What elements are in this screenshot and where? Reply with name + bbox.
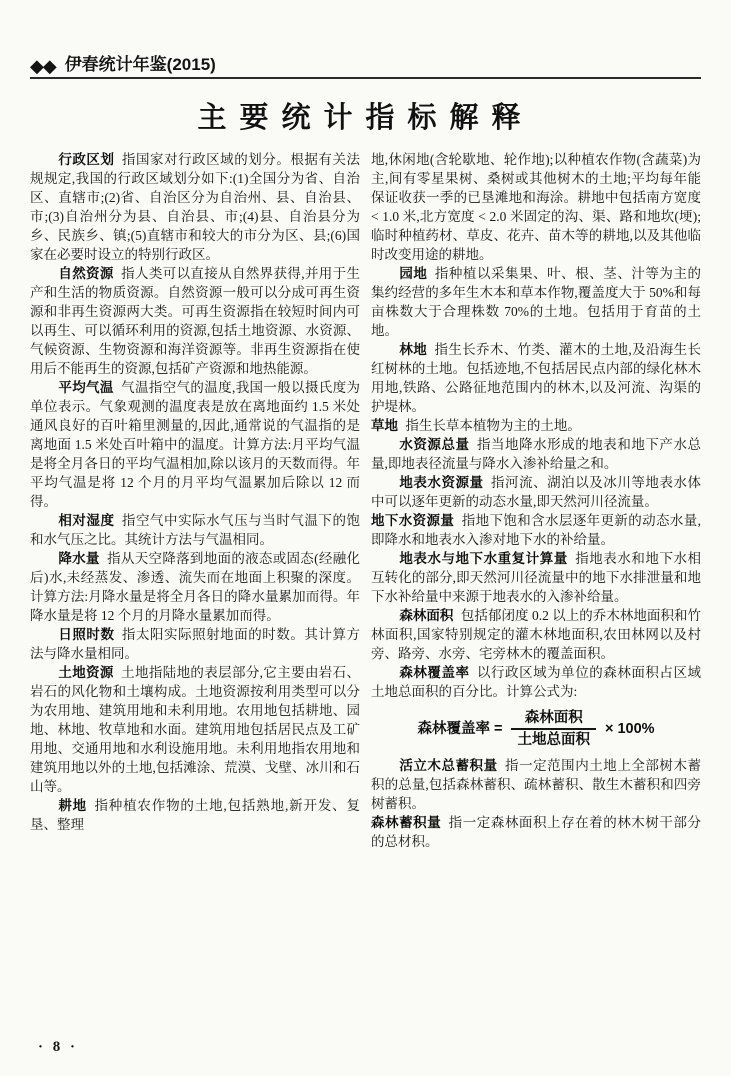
definition-paragraph: 降水量指从天空降落到地面的液态或固态(经融化后)水,未经蒸发、渗透、流失而在地面… [30,549,360,625]
page-header: ◆◆ 伊春统计年鉴(2015) [30,50,701,79]
term-label: 森林面积 [399,608,453,623]
definition-paragraph: 活立木总蓄积量指一定范围内土地上全部树木蓄积的总量,包括森林蓄积、疏林蓄积、散生… [371,756,701,813]
document-page: ◆◆ 伊春统计年鉴(2015) 主要统计指标解释 行政区划指国家对行政区域的划分… [0,0,731,851]
term-label: 林地 [399,342,427,357]
formula-lhs: 森林覆盖率 = [417,720,502,739]
term-label: 地表水资源量 [399,475,483,490]
term-label: 活立木总蓄积量 [399,758,497,773]
diamond-marker-icon: ◆◆ [30,57,56,75]
definition-paragraph: 耕地指种植农作物的土地,包括熟地,新开发、复垦、整理 [30,796,360,834]
definition-paragraph: 地,休闲地(含轮歇地、轮作地);以种植农作物(含蔬菜)为主,间有零星果树、桑树或… [371,150,701,264]
fraction-denominator: 土地总面积 [511,728,596,750]
definition-paragraph: 自然资源指人类可以直接从自然界获得,并用于生产和生活的物质资源。自然资源一般可以… [30,264,360,378]
yearbook-title: 伊春统计年鉴(2015) [65,50,216,75]
definition-paragraph: 地表水资源量指河流、湖泊以及冰川等地表水体中可以逐年更新的动态水量,即天然河川径… [371,473,701,511]
term-label: 水资源总量 [399,437,469,452]
formula-fraction: 森林面积土地总面积 [511,708,596,751]
term-label: 行政区划 [58,152,114,167]
term-label: 地表水与地下水重复计算量 [399,551,567,566]
term-label: 园地 [399,266,427,281]
definition-paragraph: 林地指生长乔木、竹类、灌木的土地,及沿海生长红树林的土地。包括迹地,不包括居民点… [371,340,701,416]
definition-paragraph: 土地资源土地指陆地的表层部分,它主要由岩石、岩石的风化物和土壤构成。土地资源按利… [30,663,360,796]
definition-paragraph: 草地指生长草本植物为主的土地。 [371,416,701,435]
left-column: 行政区划指国家对行政区域的划分。根据有关法规规定,我国的行政区域划分如下:(1)… [30,150,360,851]
term-label: 日照时数 [58,627,114,642]
term-label: 森林蓄积量 [371,815,441,830]
term-label: 降水量 [58,551,99,566]
definition-paragraph: 园地指种植以采集果、叶、根、茎、汁等为主的集约经营的多年生木本和草本作物,覆盖度… [371,264,701,340]
right-column: 地,休闲地(含轮歇地、轮作地);以种植农作物(含蔬菜)为主,间有零星果树、桑树或… [371,150,701,851]
definition-paragraph: 平均气温气温指空气的温度,我国一般以摄氏度为单位表示。气象观测的温度表是放在离地… [30,378,360,511]
term-label: 自然资源 [58,266,113,281]
definition-paragraph: 水资源总量指当地降水形成的地表和地下产水总量,即地表径流量与降水入渗补给量之和。 [371,435,701,473]
two-column-body: 行政区划指国家对行政区域的划分。根据有关法规规定,我国的行政区域划分如下:(1)… [30,150,701,851]
definition-paragraph: 日照时数指太阳实际照射地面的时数。其计算方法与降水量相同。 [30,625,360,663]
term-label: 土地资源 [58,665,113,680]
term-label: 地下水资源量 [371,513,454,528]
term-label: 草地 [371,418,398,433]
fraction-numerator: 森林面积 [519,708,589,728]
term-label: 耕地 [58,798,87,813]
definition-paragraph: 行政区划指国家对行政区域的划分。根据有关法规规定,我国的行政区域划分如下:(1)… [30,150,360,264]
forest-coverage-formula: 森林覆盖率 =森林面积土地总面积× 100% [371,708,701,751]
formula-rhs: × 100% [605,720,655,739]
definition-paragraph: 森林面积包括郁闭度 0.2 以上的乔木林地面积和竹林面积,国家特别规定的灌木林地… [371,606,701,663]
definition-paragraph: 森林蓄积量指一定森林面积上存在着的林木树干部分的总材积。 [371,813,701,851]
term-label: 平均气温 [58,380,113,395]
definition-paragraph: 森林覆盖率以行政区域为单位的森林面积占区域土地总面积的百分比。计算公式为: [371,663,701,701]
definition-paragraph: 地下水资源量指地下饱和含水层逐年更新的动态水量,即降水和地表水入渗对地下水的补给… [371,511,701,549]
page-number: · 8 · [38,1039,78,1056]
term-label: 森林覆盖率 [399,665,469,680]
page-title: 主要统计指标解释 [30,95,701,136]
term-label: 相对湿度 [58,513,114,528]
definition-paragraph: 相对湿度指空气中实际水气压与当时气温下的饱和水气压之比。其统计方法与气温相同。 [30,511,360,549]
definition-paragraph: 地表水与地下水重复计算量指地表水和地下水相互转化的部分,即天然河川径流量中的地下… [371,549,701,606]
